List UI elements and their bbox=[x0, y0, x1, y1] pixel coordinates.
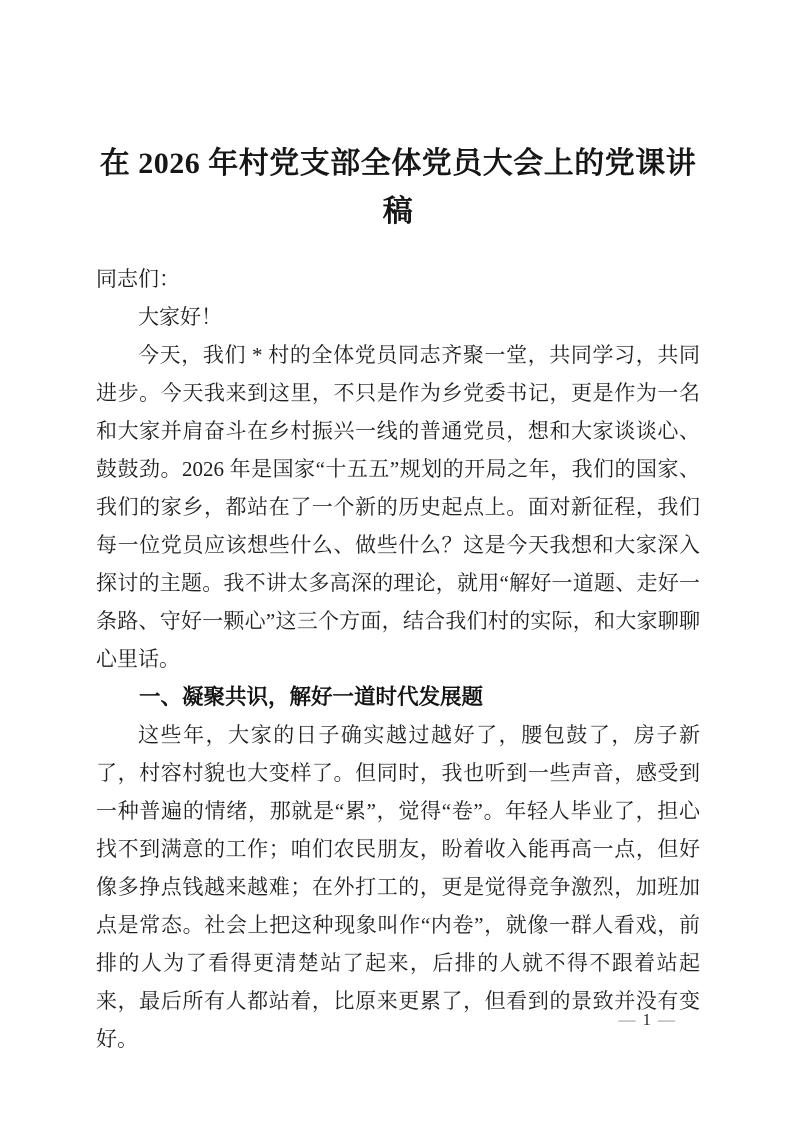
salutation: 同志们： bbox=[96, 260, 700, 298]
section-1-heading: 一、凝聚共识，解好一道时代发展题 bbox=[96, 678, 700, 716]
opening-paragraph: 今天，我们 * 村的全体党员同志齐聚一堂，共同学习，共同进步。今天我来到这里，不… bbox=[96, 336, 700, 678]
greeting-paragraph: 大家好！ bbox=[96, 298, 700, 336]
page-number: —1— bbox=[619, 1010, 676, 1030]
section-1-paragraph: 这些年，大家的日子确实越过越好了，腰包鼓了，房子新了，村容村貌也大变样了。但同时… bbox=[96, 716, 700, 1058]
document-page: 在 2026 年村党支部全体党员大会上的党课讲稿 同志们： 大家好！ 今天，我们… bbox=[0, 0, 793, 1122]
page-number-dash-right: — bbox=[658, 1010, 675, 1029]
document-title: 在 2026 年村党支部全体党员大会上的党课讲稿 bbox=[98, 140, 698, 236]
page-number-dash-left: — bbox=[619, 1010, 636, 1029]
page-number-value: 1 bbox=[643, 1010, 652, 1029]
